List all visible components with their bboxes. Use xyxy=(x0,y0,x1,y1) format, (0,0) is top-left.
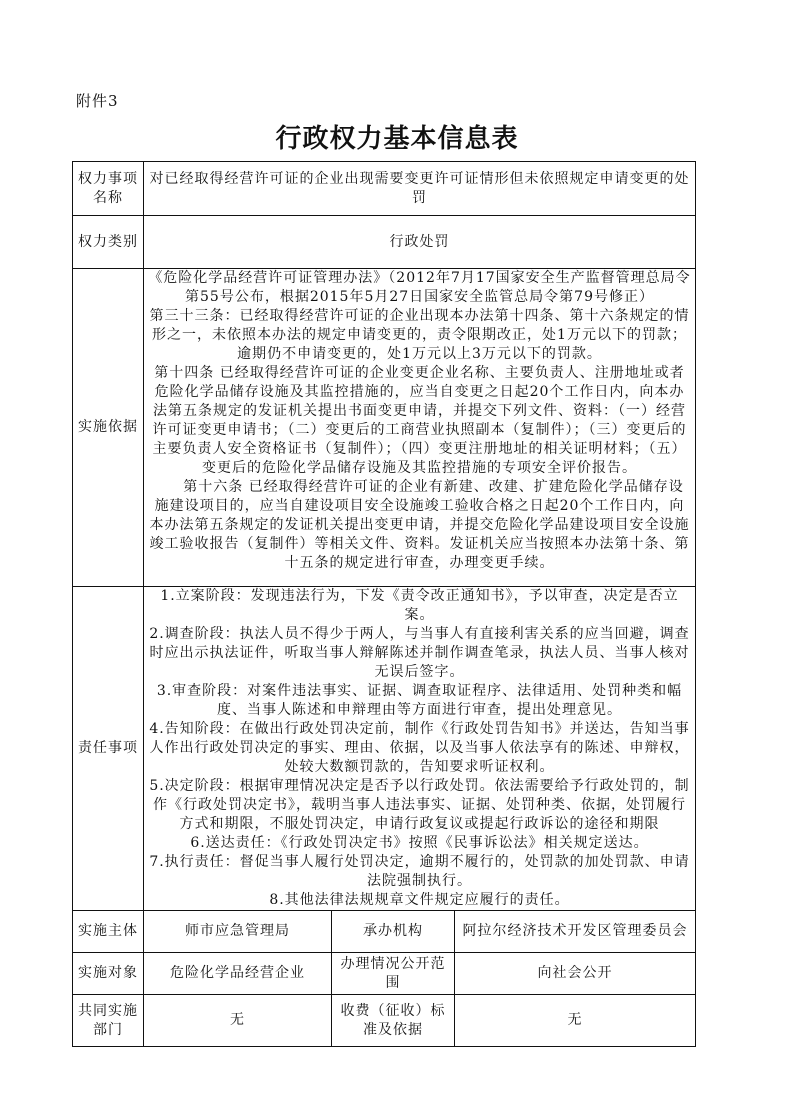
basis-paragraph: 第十四条 已经取得经营许可证的企业变更企业名称、主要负责人、注册地址或者危险化学… xyxy=(148,364,691,478)
info-table: 权力事项名称 对已经取得经营许可证的企业出现需要变更许可证情形但未依照规定申请变… xyxy=(72,161,696,1047)
value-handling-agency: 阿拉尔经济技术开发区管理委员会 xyxy=(455,911,696,953)
label-power-name: 权力事项名称 xyxy=(73,162,144,216)
value-fee-standard: 无 xyxy=(455,995,696,1047)
responsibility-item: 2.调查阶段：执法人员不得少于两人，与当事人有直接利害关系的应当回避，调查时应出… xyxy=(148,625,691,682)
row-power-category: 权力类别 行政处罚 xyxy=(73,216,696,269)
row-basis: 实施依据 《危险化学品经营许可证管理办法》（2012年7月17国家安全生产监督管… xyxy=(73,269,696,587)
basis-paragraph: 第三十三条：已经取得经营许可证的企业出现本办法第十四条、第十六条规定的情形之一，… xyxy=(148,307,691,364)
value-power-name: 对已经取得经营许可证的企业出现需要变更许可证情形但未依照规定申请变更的处罚 xyxy=(144,162,696,216)
responsibility-item: 8.其他法律法规规章文件规定应履行的责任。 xyxy=(148,891,691,910)
value-target: 危险化学品经营企业 xyxy=(144,953,332,995)
row-subject: 实施主体 师市应急管理局 承办机构 阿拉尔经济技术开发区管理委员会 xyxy=(73,911,696,953)
label-basis: 实施依据 xyxy=(73,269,144,587)
responsibility-item: 1.立案阶段：发现违法行为，下发《责令改正通知书》，予以审查，决定是否立案。 xyxy=(148,587,691,625)
responsibility-item: 4.告知阶段：在做出行政处罚决定前，制作《行政处罚告知书》并送达，告知当事人作出… xyxy=(148,720,691,777)
label-joint-department: 共同实施部门 xyxy=(73,995,144,1047)
row-joint: 共同实施部门 无 收费（征收）标准及依据 无 xyxy=(73,995,696,1047)
row-target: 实施对象 危险化学品经营企业 办理情况公开范围 向社会公开 xyxy=(73,953,696,995)
value-power-category: 行政处罚 xyxy=(144,216,696,269)
responsibility-item: 7.执行责任：督促当事人履行处罚决定，逾期不履行的，处罚款的加处罚款、申请法院强… xyxy=(148,853,691,891)
label-disclosure-scope: 办理情况公开范围 xyxy=(332,953,455,995)
row-responsibility: 责任事项 1.立案阶段：发现违法行为，下发《责令改正通知书》，予以审查，决定是否… xyxy=(73,587,696,911)
label-responsibility: 责任事项 xyxy=(73,587,144,911)
value-disclosure-scope: 向社会公开 xyxy=(455,953,696,995)
responsibility-item: 6.送达责任：《行政处罚决定书》按照《民事诉讼法》相关规定送达。 xyxy=(148,834,691,853)
basis-paragraph: 《危险化学品经营许可证管理办法》（2012年7月17国家安全生产监督管理总局令第… xyxy=(148,269,691,307)
page-title: 行政权力基本信息表 xyxy=(0,118,794,155)
attachment-label: 附件3 xyxy=(76,90,119,111)
value-subject: 师市应急管理局 xyxy=(144,911,332,953)
value-joint-department: 无 xyxy=(144,995,332,1047)
row-power-name: 权力事项名称 对已经取得经营许可证的企业出现需要变更许可证情形但未依照规定申请变… xyxy=(73,162,696,216)
label-target: 实施对象 xyxy=(73,953,144,995)
value-responsibility: 1.立案阶段：发现违法行为，下发《责令改正通知书》，予以审查，决定是否立案。 2… xyxy=(144,587,696,911)
label-power-category: 权力类别 xyxy=(73,216,144,269)
responsibility-item: 3.审查阶段：对案件违法事实、证据、调查取证程序、法律适用、处罚种类和幅度、当事… xyxy=(148,682,691,720)
label-handling-agency: 承办机构 xyxy=(332,911,455,953)
label-subject: 实施主体 xyxy=(73,911,144,953)
responsibility-item: 5.决定阶段：根据审理情况决定是否予以行政处罚。依法需要给予行政处罚的，制作《行… xyxy=(148,777,691,834)
value-basis: 《危险化学品经营许可证管理办法》（2012年7月17国家安全生产监督管理总局令第… xyxy=(144,269,696,587)
label-fee-standard: 收费（征收）标准及依据 xyxy=(332,995,455,1047)
basis-paragraph: 第十六条 已经取得经营许可证的企业有新建、改建、扩建危险化学品储存设施建设项目的… xyxy=(148,478,691,573)
